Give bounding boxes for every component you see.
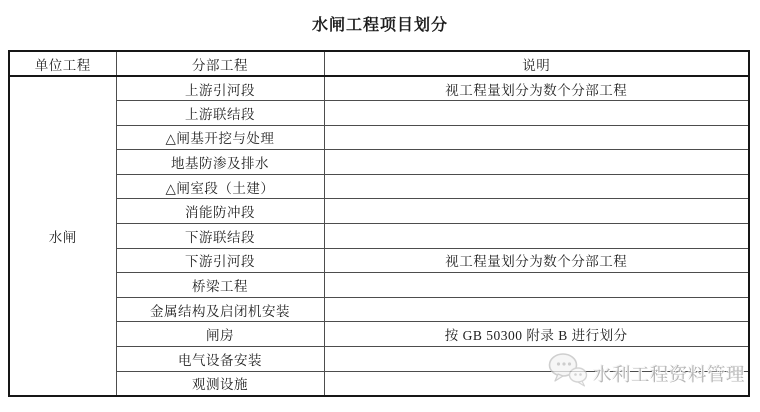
table-row: 电气设备安装 [9,347,749,372]
unit-project-cell: 水闸 [9,76,116,396]
table-row: 下游引河段 视工程量划分为数个分部工程 [9,248,749,273]
column-header-part-project: 分部工程 [116,51,324,76]
note-cell [324,101,749,126]
note-cell [324,297,749,322]
table-row: 金属结构及启闭机安装 [9,297,749,322]
part-cell: 消能防冲段 [116,199,324,224]
note-cell [324,273,749,298]
page: 水闸工程项目划分 单位工程 分部工程 说明 水闸 上游引河段 视工程量划分为数个… [0,0,760,412]
note-cell: 视工程量划分为数个分部工程 [324,76,749,101]
column-header-unit-project: 单位工程 [9,51,116,76]
part-cell: 下游引河段 [116,248,324,273]
note-cell [324,371,749,396]
part-cell: 观测设施 [116,371,324,396]
table-row: 消能防冲段 [9,199,749,224]
part-cell: △闸基开挖与处理 [116,125,324,150]
part-cell: 闸房 [116,322,324,347]
note-cell [324,347,749,372]
table-row: △闸室段（土建） [9,174,749,199]
part-cell: 电气设备安装 [116,347,324,372]
table-row: △闸基开挖与处理 [9,125,749,150]
part-cell: 下游联结段 [116,224,324,249]
table-row: 水闸 上游引河段 视工程量划分为数个分部工程 [9,76,749,101]
page-title: 水闸工程项目划分 [0,12,760,35]
column-header-note: 说明 [324,51,749,76]
note-cell [324,199,749,224]
note-cell [324,125,749,150]
table-row: 地基防渗及排水 [9,150,749,175]
part-cell: 上游引河段 [116,76,324,101]
note-cell [324,150,749,175]
table-row: 闸房 按 GB 50300 附录 B 进行划分 [9,322,749,347]
part-cell: 桥梁工程 [116,273,324,298]
part-cell: △闸室段（土建） [116,174,324,199]
table-row: 下游联结段 [9,224,749,249]
header-row: 单位工程 分部工程 说明 [9,51,749,76]
note-cell: 按 GB 50300 附录 B 进行划分 [324,322,749,347]
project-division-table: 单位工程 分部工程 说明 水闸 上游引河段 视工程量划分为数个分部工程 上游联结… [8,50,750,397]
table-row: 上游联结段 [9,101,749,126]
note-cell [324,224,749,249]
note-cell [324,174,749,199]
note-cell: 视工程量划分为数个分部工程 [324,248,749,273]
part-cell: 上游联结段 [116,101,324,126]
part-cell: 地基防渗及排水 [116,150,324,175]
table-row: 观测设施 [9,371,749,396]
table-row: 桥梁工程 [9,273,749,298]
part-cell: 金属结构及启闭机安装 [116,297,324,322]
